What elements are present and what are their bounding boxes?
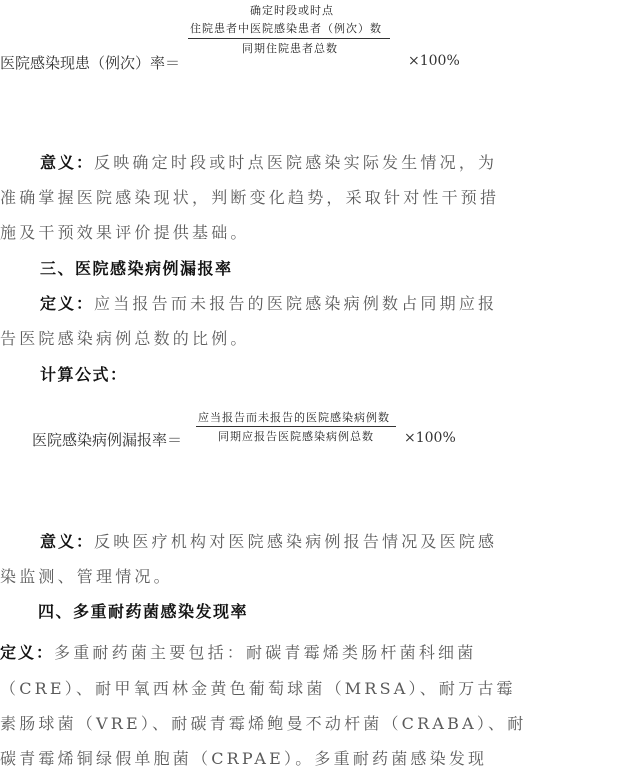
meaning-label: 意义：: [40, 153, 94, 172]
section4-definition-line-3: 素肠球菌（VRE）、耐碳青霉烯鲍曼不动杆菌（CRABA）、耐: [0, 711, 526, 734]
section3-definition-line-2: 告医院感染病例总数的比例。: [0, 326, 250, 349]
formula2-numerator: 应当报告而未报告的医院感染病例数: [198, 409, 390, 425]
formula2-denominator: 同期应报告医院感染病例总数: [218, 428, 374, 444]
formula1-numerator-line2: 住院患者中医院感染患者（例次）数: [190, 20, 382, 36]
formula2-multiplier: ×100%: [404, 430, 456, 446]
formula2-lhs: 医院感染病例漏报率＝: [32, 429, 182, 450]
section3-meaning-line-2: 染监测、管理情况。: [0, 564, 173, 587]
section3-definition-line-1: 定义：应当报告而未报告的医院感染病例数占同期应报: [40, 291, 497, 314]
section4-heading: 四、多重耐药菌感染发现率: [38, 599, 248, 622]
section3-heading: 三、医院感染病例漏报率: [40, 256, 233, 279]
meaning-paragraph-1: 意义：反映确定时段或时点医院感染实际发生情况，为: [40, 150, 497, 173]
section4-definition-line-4: 碳青霉烯铜绿假单胞菌（CRPAE）。多重耐药菌感染发现: [0, 746, 487, 769]
formula1-denominator: 同期住院患者总数: [242, 40, 338, 56]
formula2-fraction-line: [196, 426, 396, 427]
section4-definition-line-2: （CRE）、耐甲氧西林金黄色葡萄球菌（MRSA）、耐万古霉: [0, 676, 516, 699]
meaning-line-2: 准确掌握医院感染现状，判断变化趋势，采取针对性干预措: [0, 185, 499, 208]
definition-label-2: 定义：: [0, 643, 54, 662]
meaning-label-2: 意义：: [40, 532, 94, 551]
formula-label: 计算公式：: [40, 362, 128, 385]
formula1-fraction-line: [188, 38, 390, 39]
formula1-multiplier: ×100%: [408, 53, 460, 69]
meaning-line-3: 施及干预效果评价提供基础。: [0, 220, 250, 243]
formula1-lhs: 医院感染现患（例次）率＝: [0, 52, 180, 73]
formula1-numerator-line1: 确定时段或时点: [250, 2, 334, 18]
definition-label: 定义：: [40, 294, 94, 313]
section3-meaning-line-1: 意义：反映医疗机构对医院感染病例报告情况及医院感: [40, 529, 497, 552]
section4-definition-line-1: 定义：多重耐药菌主要包括：耐碳青霉烯类肠杆菌科细菌: [0, 640, 476, 663]
